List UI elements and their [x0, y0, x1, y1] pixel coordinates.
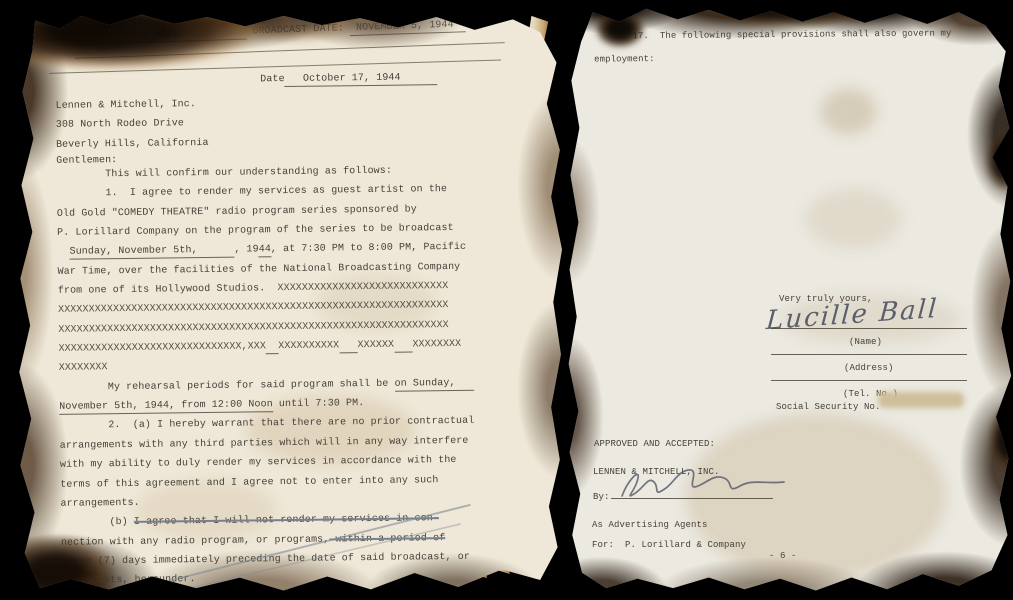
left-page-paper: ARTIST: LUCILLE BALL BROADCAST DATE: NOV…: [16, 10, 562, 594]
typed-segment: XXXXXXXX: [412, 339, 461, 351]
typed-segment: October 17, 1944: [285, 72, 438, 87]
typed-segment: Old Gold "COMEDY THEATRE" radio program …: [57, 204, 417, 219]
right-page-paper: 17. The following special provisions sha…: [566, 4, 1012, 594]
typed-segment: XXXXXXXXXXXXXXXXXXXXXXXXXXXXXXXXXXXXXXXX…: [58, 320, 449, 336]
typed-segment: XXXXXXXXXXXXXXXXXXXXXXXXXXXXXX,: [58, 342, 247, 355]
typed-segment: This will confirm our understanding as f…: [56, 166, 392, 181]
typed-line: employment:: [594, 45, 952, 71]
right-page: 17. The following special provisions sha…: [566, 4, 1012, 594]
typed-segment: Date: [260, 74, 285, 85]
typed-line: 308 North Rodeo Drive: [56, 114, 209, 135]
typed-segment: (b): [61, 517, 134, 529]
typed-line: broadcasts, hereunder.: [61, 567, 476, 591]
ssn-label: Social Security No.: [776, 396, 881, 419]
typed-segment: War Time, over the facilities of the Nat…: [58, 262, 461, 278]
typed-segment: arrangements.: [60, 498, 139, 510]
left-page: ARTIST: LUCILLE BALL BROADCAST DATE: NOV…: [16, 10, 562, 594]
typed-segment: Beverly Hills, California: [56, 138, 209, 151]
typed-segment: XXXXXXXXXXXXXXXXXXXXXXXXXXXXXXXXXXXXXXXX…: [58, 300, 449, 316]
form-header-row: ARTIST: LUCILLE BALL BROADCAST DATE: NOV…: [27, 15, 467, 49]
typed-segment: within a period of: [329, 533, 445, 545]
typed-segment: [339, 340, 357, 353]
typed-segment: ARTIST:: [27, 32, 70, 44]
agent-signature: [614, 462, 794, 502]
typed-segment: from one of its Hollywood Studios.: [58, 283, 278, 297]
typed-segment: broadcasts, hereunder.: [61, 574, 195, 587]
right-page-content: 17. The following special provisions sha…: [566, 4, 1012, 594]
typed-segment: My rehearsal periods for said program sh…: [59, 378, 395, 393]
typed-segment: with my ability to duly render my servic…: [60, 455, 457, 471]
typed-segment: November 5th, 1944, from 12:00 Noon: [59, 399, 273, 415]
clause-17: 17. The following special provisions sha…: [594, 22, 952, 71]
typed-segment: 308 North Rodeo Drive: [56, 119, 184, 132]
approved-accepted: APPROVED AND ACCEPTED:: [594, 433, 715, 456]
typed-segment: [57, 247, 69, 258]
typed-segment: terms of this agreement and I agree not …: [60, 475, 438, 491]
name-line: [771, 328, 967, 329]
typed-line: 17. The following special provisions sha…: [594, 22, 952, 48]
typed-segment: I agree that I will not render my servic…: [134, 513, 439, 528]
typed-segment: Lennen & Mitchell, Inc.: [56, 99, 196, 112]
typed-segment: NOVEMBER 5, 1944: [350, 19, 466, 36]
left-page-content: ARTIST: LUCILLE BALL BROADCAST DATE: NOV…: [12, 7, 565, 598]
typed-segment: 17. The following special provisions sha…: [594, 28, 952, 41]
typed-segment: on Sunday,: [395, 378, 474, 392]
address-line: [771, 354, 967, 355]
typed-segment: until 7:30 PM.: [273, 398, 365, 410]
contract-body: This will confirm our understanding as f…: [56, 161, 476, 592]
typed-segment: seven (7) days immediately preceding the…: [61, 552, 470, 568]
typed-segment: P. Lorillard Company on the program of t…: [57, 223, 454, 239]
typed-segment: [266, 341, 278, 354]
typed-segment: , at 7:30 PM to 8:00 PM, Pacific: [271, 242, 466, 255]
date-line: Date October 17, 1944: [260, 68, 437, 90]
typed-segment: XXXXXXXXXX: [278, 340, 339, 352]
typed-segment: XXXXXXXX: [59, 363, 108, 375]
name-label: (Name): [849, 331, 882, 354]
typed-segment: XXXXXXXXXXXXXXXXXXXXXXXXXXXX: [277, 281, 448, 294]
address-label: (Address): [844, 357, 894, 380]
tel-line: [771, 380, 967, 381]
typed-segment: arrangements with any third parties whic…: [60, 436, 469, 452]
typed-segment: 1. I agree to render my services as gues…: [57, 184, 448, 200]
typed-segment: [394, 340, 412, 353]
typed-segment: 44: [259, 245, 271, 258]
typed-segment: BROADCAST DATE:: [246, 23, 350, 37]
typed-segment: XXXXXX: [357, 340, 394, 351]
typed-segment: LUCILLE BALL: [69, 27, 246, 46]
typed-segment: Sunday, November 5th,: [70, 245, 235, 260]
for-line: For: P. Lorillard & Company: [592, 534, 746, 557]
typed-segment: 2. (a) I hereby warrant that there are n…: [59, 416, 474, 432]
typed-segment: , 19: [234, 245, 259, 256]
typed-line: Lennen & Mitchell, Inc.: [55, 95, 208, 116]
page-number: - 6 -: [769, 545, 797, 568]
photo-stage: ARTIST: LUCILLE BALL BROADCAST DATE: NOV…: [0, 0, 1013, 600]
recipient-address: Lennen & Mitchell, Inc.308 North Rodeo D…: [55, 95, 208, 155]
typed-segment: nection with any radio program, or progr…: [61, 534, 330, 548]
typed-segment: XXX: [248, 341, 266, 352]
by-label: By:: [593, 486, 610, 509]
typed-segment: employment:: [594, 54, 655, 65]
